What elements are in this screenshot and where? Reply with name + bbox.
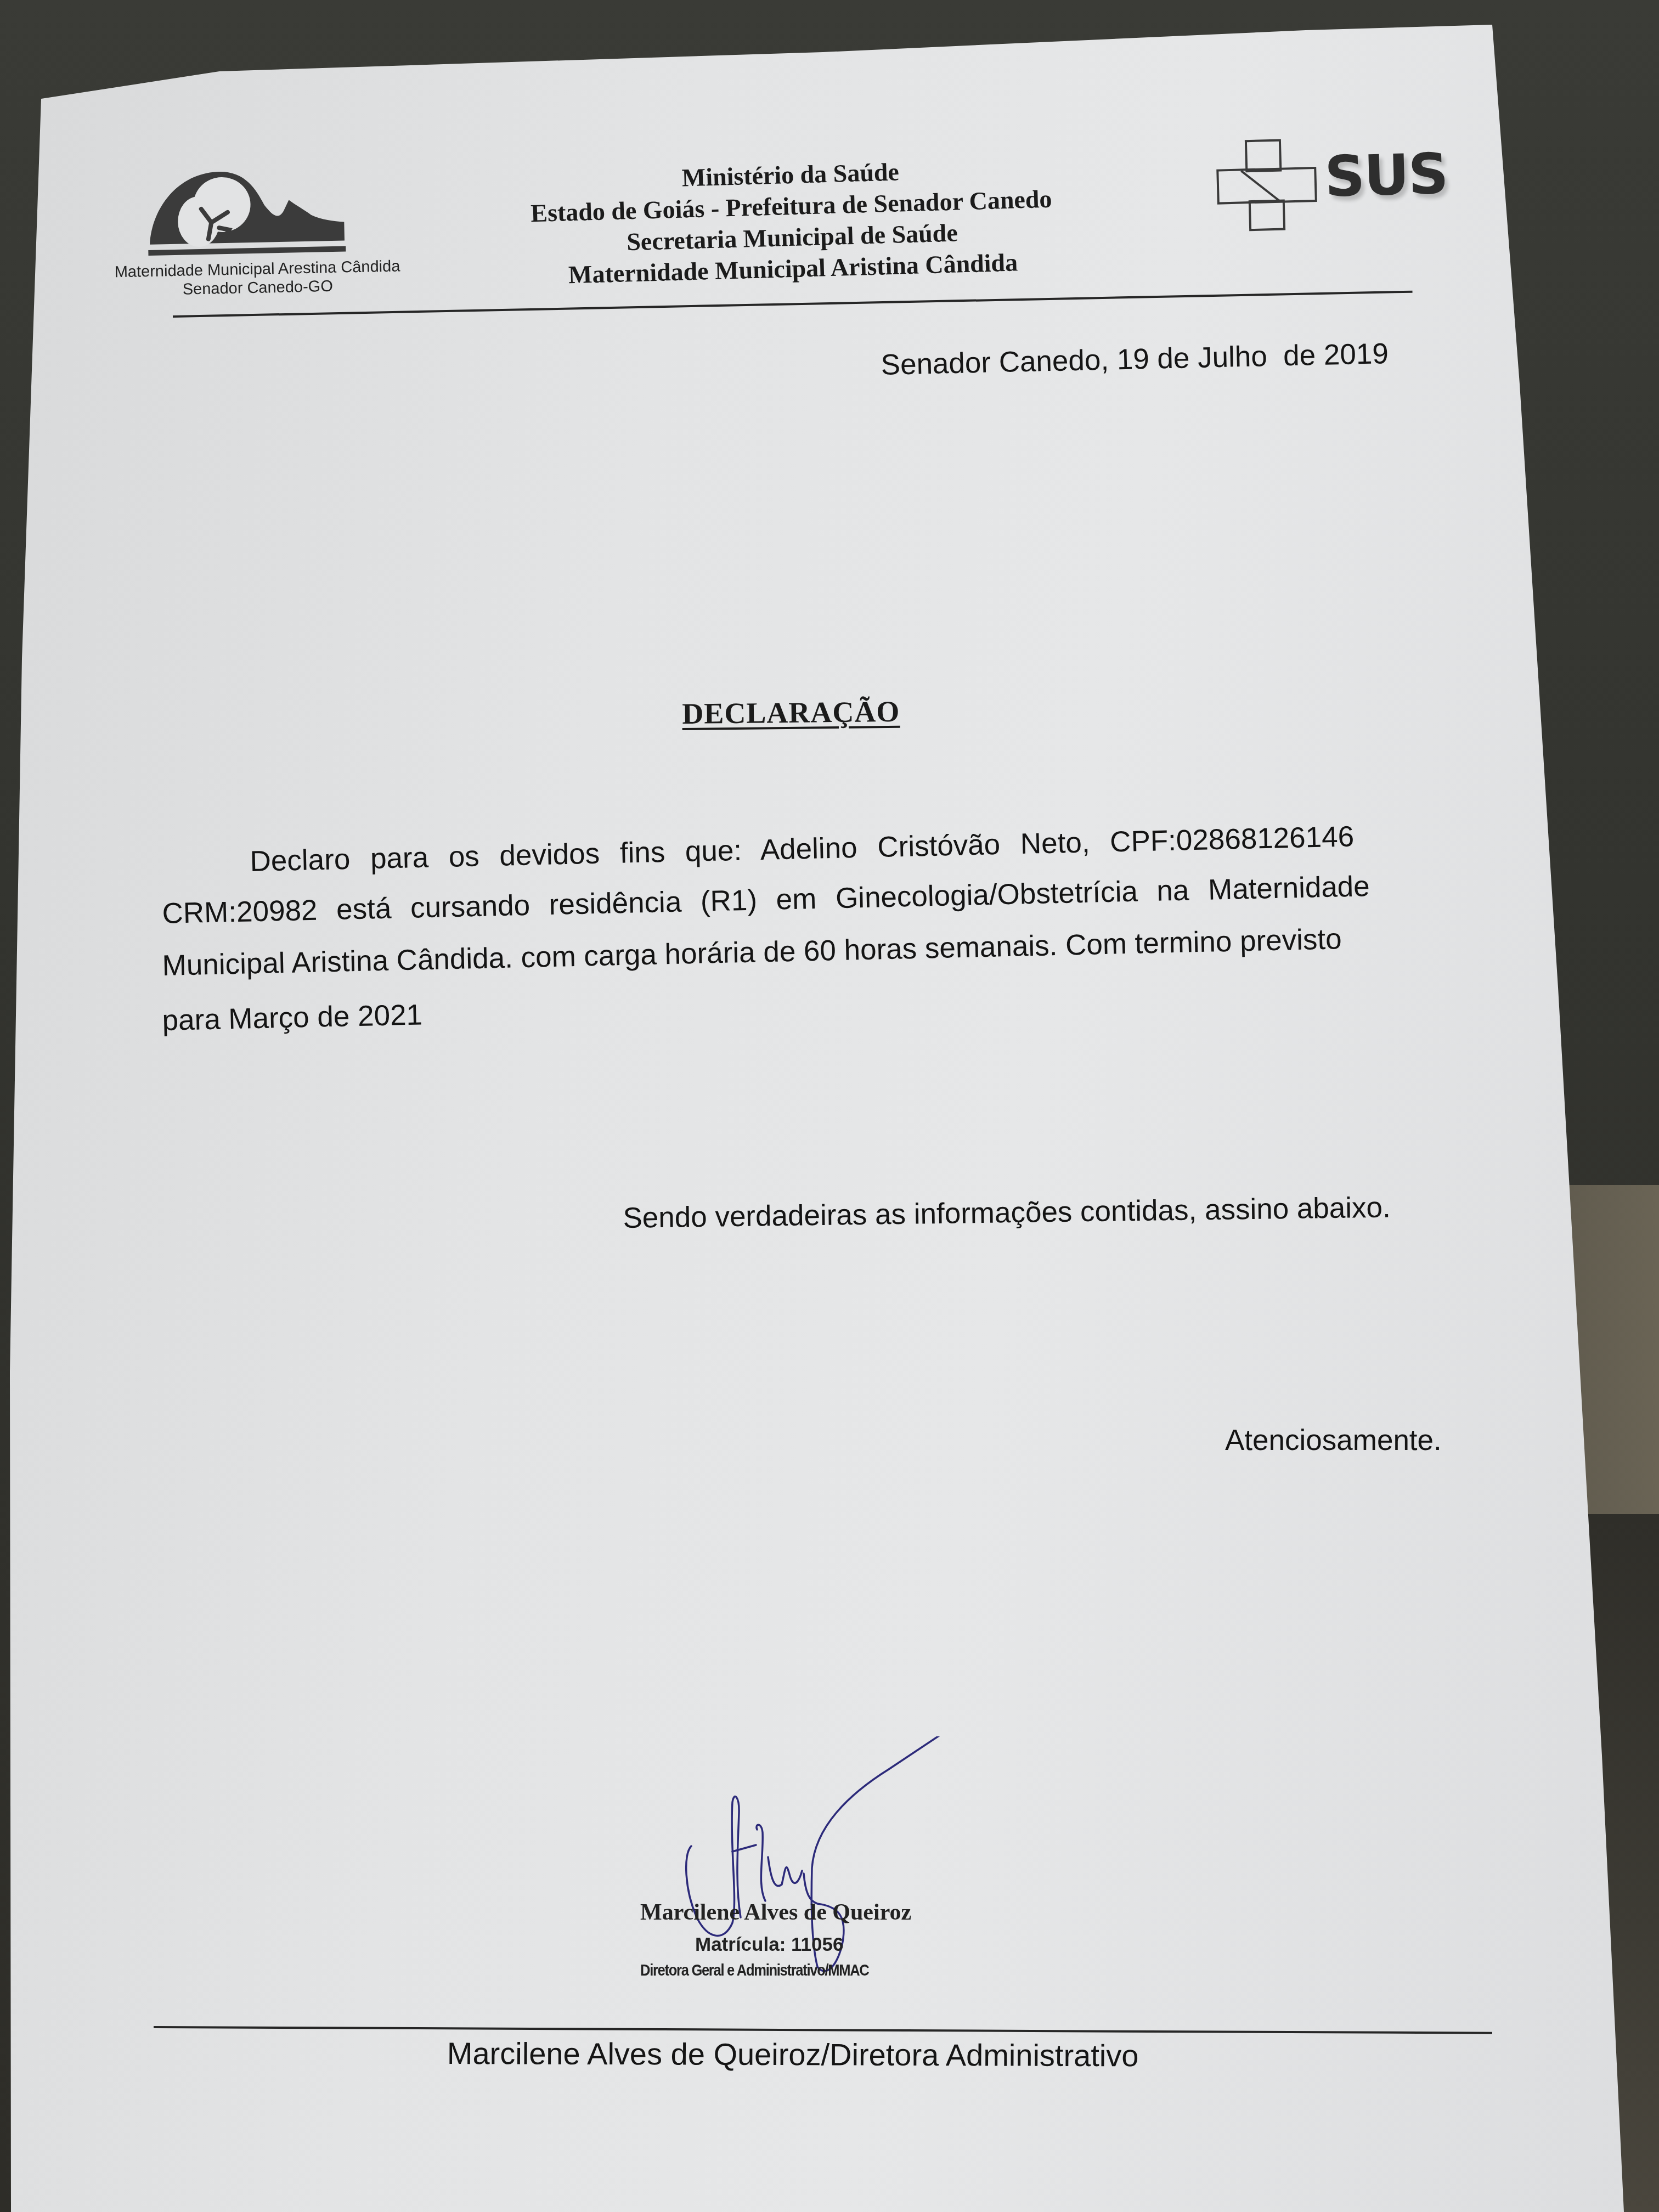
document-title: DECLARAÇÃO [682, 695, 900, 731]
maternity-fetus-mountain-icon [145, 159, 367, 262]
body-line-1: Declaro para os devidos fins que: Adelin… [250, 820, 1355, 878]
signature-block: Marcilene Alves de Queiroz Matrícula: 11… [631, 1736, 1048, 1994]
sign-off: Atenciosamente. [1225, 1424, 1442, 1457]
maternity-logo: Maternidade Municipal Arestina Cândida S… [93, 157, 422, 165]
sus-logo: SUS [1214, 131, 1458, 236]
body-line-4: para Março de 2021 [162, 998, 423, 1037]
sus-cross-icon [1214, 135, 1327, 236]
document-content: Maternidade Municipal Arestina Cândida S… [0, 0, 1659, 2212]
stamp-registration: Matrícula: 11056 [695, 1934, 843, 1956]
closing-statement: Sendo verdadeiras as informações contida… [623, 1190, 1391, 1235]
sus-wordmark: SUS [1324, 142, 1448, 210]
stamp-name: Marcilene Alves de Queiroz [640, 1899, 911, 1926]
logo-caption: Maternidade Municipal Arestina Cândida S… [95, 257, 420, 301]
signature-line [154, 2026, 1492, 2034]
stamp-role: Diretora Geral e Administrativo/MMAC [640, 1961, 869, 1980]
signatory-footer: Marcilene Alves de Queiroz/Diretora Admi… [447, 2035, 1139, 2073]
body-line-3: Municipal Aristina Cândida. com carga ho… [162, 922, 1342, 983]
body-line-2: CRM:20982 está cursando residência (R1) … [162, 870, 1370, 930]
institution-heading: Ministério da Saúde Estado de Goiás - Pr… [461, 150, 1122, 293]
place-date: Senador Canedo, 19 de Julho de 2019 [881, 337, 1389, 382]
